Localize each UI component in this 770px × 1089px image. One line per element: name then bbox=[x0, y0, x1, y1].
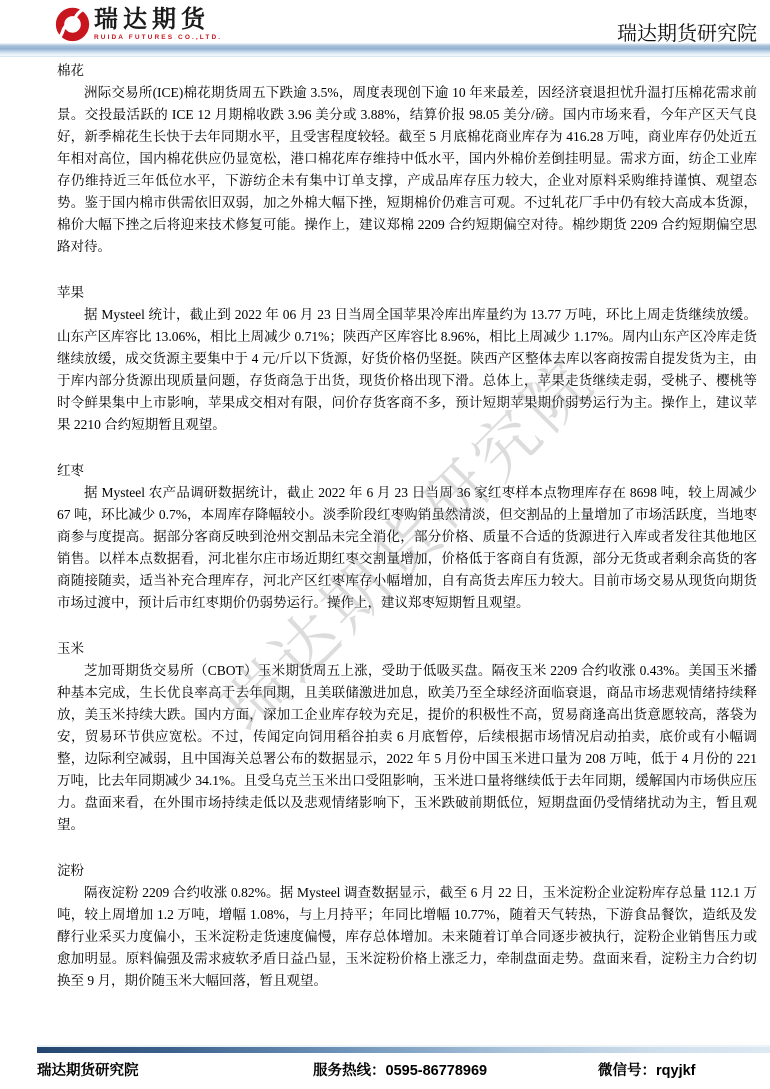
footer-wechat-label: 微信号： bbox=[598, 1063, 656, 1079]
footer-wechat-id: rqyjkf bbox=[656, 1063, 696, 1079]
section-paragraph: 芝加哥期货交易所（CBOT）玉米期货周五上涨，受助于低吸买盘。隔夜玉米 2209… bbox=[57, 660, 757, 836]
section-cotton: 棉花 洲际交易所(ICE)棉花期货周五下跌逾 3.5%，周度表现创下逾 10 年… bbox=[57, 60, 757, 258]
report-content: 棉花 洲际交易所(ICE)棉花期货周五下跌逾 3.5%，周度表现创下逾 10 年… bbox=[57, 60, 757, 992]
section-paragraph: 洲际交易所(ICE)棉花期货周五下跌逾 3.5%，周度表现创下逾 10 年来最差… bbox=[57, 82, 757, 258]
section-title: 红枣 bbox=[57, 460, 757, 482]
section-paragraph: 隔夜淀粉 2209 合约收涨 0.82%。据 Mysteel 调查数据显示，截至… bbox=[57, 882, 757, 992]
section-paragraph: 据 Mysteel 统计，截止到 2022 年 06 月 23 日当周全国苹果冷… bbox=[57, 304, 757, 436]
section-title: 棉花 bbox=[57, 60, 757, 82]
header-institute-title: 瑞达期货研究院 bbox=[617, 17, 757, 46]
header-divider-band bbox=[0, 43, 770, 57]
footer-hotline-label: 服务热线： bbox=[313, 1063, 386, 1079]
section-apple: 苹果 据 Mysteel 统计，截止到 2022 年 06 月 23 日当周全国… bbox=[57, 282, 757, 436]
brand-name-en: RUIDA FUTURES CO.,LTD. bbox=[94, 34, 222, 41]
footer-divider-band bbox=[37, 1045, 770, 1053]
brand-name-cn: 瑞达期货 bbox=[94, 7, 222, 33]
section-starch: 淀粉 隔夜淀粉 2209 合约收涨 0.82%。据 Mysteel 调查数据显示… bbox=[57, 860, 757, 992]
section-title: 淀粉 bbox=[57, 860, 757, 882]
section-corn: 玉米 芝加哥期货交易所（CBOT）玉米期货周五上涨，受助于低吸买盘。隔夜玉米 2… bbox=[57, 638, 757, 836]
page-header: 瑞达期货 RUIDA FUTURES CO.,LTD. 瑞达期货研究院 bbox=[0, 0, 770, 43]
section-title: 苹果 bbox=[57, 282, 757, 304]
section-red-dates: 红枣 据 Mysteel 农产品调研数据统计，截止 2022 年 6 月 23 … bbox=[57, 460, 757, 614]
footer-institute: 瑞达期货研究院 bbox=[37, 1059, 139, 1080]
company-logo: 瑞达期货 RUIDA FUTURES CO.,LTD. bbox=[54, 5, 222, 42]
section-paragraph: 据 Mysteel 农产品调研数据统计，截止 2022 年 6 月 23 日当周… bbox=[57, 482, 757, 614]
ruida-logo-icon bbox=[54, 5, 91, 42]
footer-wechat: 微信号：rqyjkf bbox=[598, 1059, 696, 1080]
footer-hotline: 服务热线：0595-86778969 bbox=[313, 1059, 487, 1080]
page-footer: 瑞达期货研究院 服务热线：0595-86778969 微信号：rqyjkf bbox=[0, 1057, 770, 1081]
report-page: 瑞达期货 RUIDA FUTURES CO.,LTD. 瑞达期货研究院 瑞达期货… bbox=[0, 0, 770, 1089]
brand-text: 瑞达期货 RUIDA FUTURES CO.,LTD. bbox=[94, 7, 222, 41]
footer-hotline-number: 0595-86778969 bbox=[386, 1063, 488, 1079]
section-title: 玉米 bbox=[57, 638, 757, 660]
